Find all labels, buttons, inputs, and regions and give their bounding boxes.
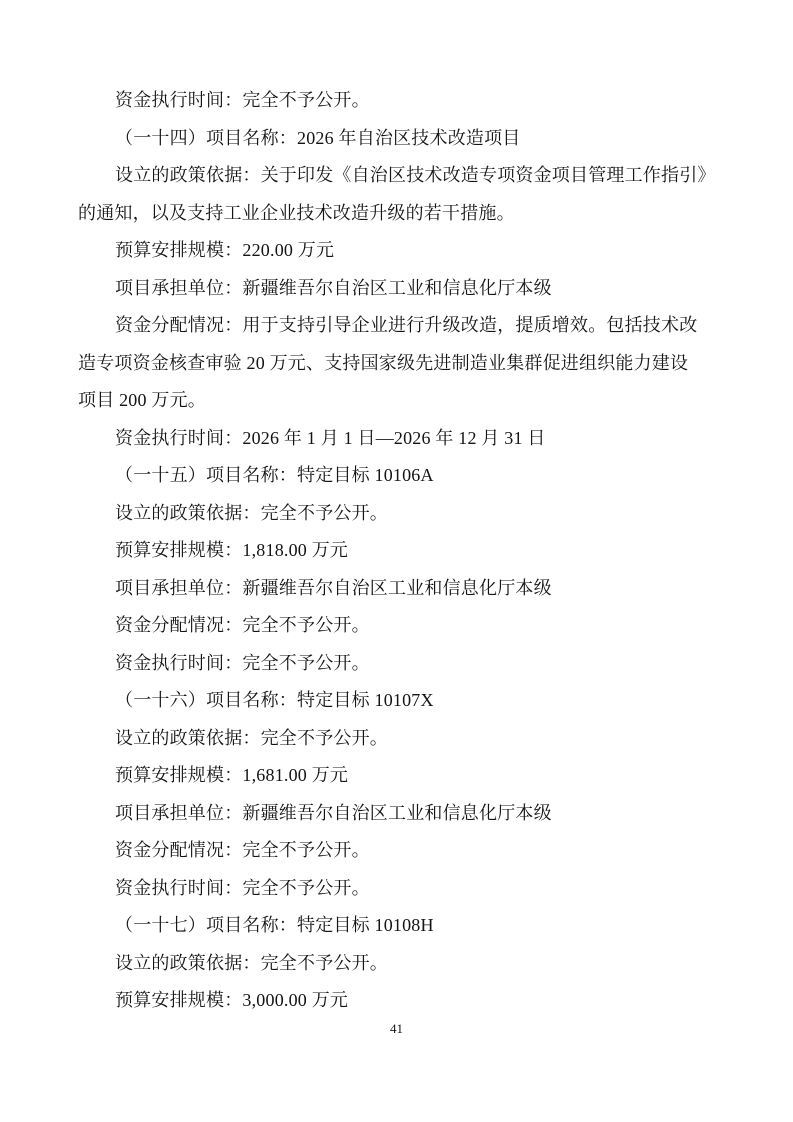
doc-line: （一十七）项目名称：特定目标 10108H	[78, 907, 718, 945]
doc-line: 资金执行时间：完全不予公开。	[78, 870, 718, 908]
doc-line: 项目承担单位：新疆维吾尔自治区工业和信息化厅本级	[78, 795, 718, 833]
doc-line: 预算安排规模：3,000.00 万元	[78, 982, 718, 1020]
doc-line: 预算安排规模：220.00 万元	[78, 232, 718, 270]
doc-line: 项目承担单位：新疆维吾尔自治区工业和信息化厅本级	[78, 270, 718, 308]
document-page: 资金执行时间：完全不予公开。 （一十四）项目名称：2026 年自治区技术改造项目…	[0, 0, 793, 1122]
doc-line: （一十五）项目名称：特定目标 10106A	[78, 457, 718, 495]
doc-line: 资金分配情况：用于支持引导企业进行升级改造，提质增效。包括技术改	[78, 307, 718, 345]
doc-line: 造专项资金核查审验 20 万元、支持国家级先进制造业集群促进组织能力建设	[78, 345, 718, 383]
doc-line: 设立的政策依据：关于印发《自治区技术改造专项资金项目管理工作指引》	[78, 157, 718, 195]
page-number: 41	[0, 1021, 793, 1037]
doc-line: 预算安排规模：1,681.00 万元	[78, 757, 718, 795]
doc-line: （一十六）项目名称：特定目标 10107X	[78, 682, 718, 720]
doc-line: 设立的政策依据：完全不予公开。	[78, 720, 718, 758]
doc-line: 资金分配情况：完全不予公开。	[78, 832, 718, 870]
doc-line: 资金分配情况：完全不予公开。	[78, 607, 718, 645]
document-body: 资金执行时间：完全不予公开。 （一十四）项目名称：2026 年自治区技术改造项目…	[78, 82, 718, 1020]
doc-line: 资金执行时间：完全不予公开。	[78, 645, 718, 683]
doc-line: 项目承担单位：新疆维吾尔自治区工业和信息化厅本级	[78, 570, 718, 608]
doc-line: 预算安排规模：1,818.00 万元	[78, 532, 718, 570]
doc-line: 资金执行时间：完全不予公开。	[78, 82, 718, 120]
doc-line: 项目 200 万元。	[78, 382, 718, 420]
doc-line: 设立的政策依据：完全不予公开。	[78, 945, 718, 983]
doc-line: 的通知，以及支持工业企业技术改造升级的若干措施。	[78, 195, 718, 233]
doc-line: 设立的政策依据：完全不予公开。	[78, 495, 718, 533]
doc-line: （一十四）项目名称：2026 年自治区技术改造项目	[78, 120, 718, 158]
doc-line: 资金执行时间：2026 年 1 月 1 日—2026 年 12 月 31 日	[78, 420, 718, 458]
